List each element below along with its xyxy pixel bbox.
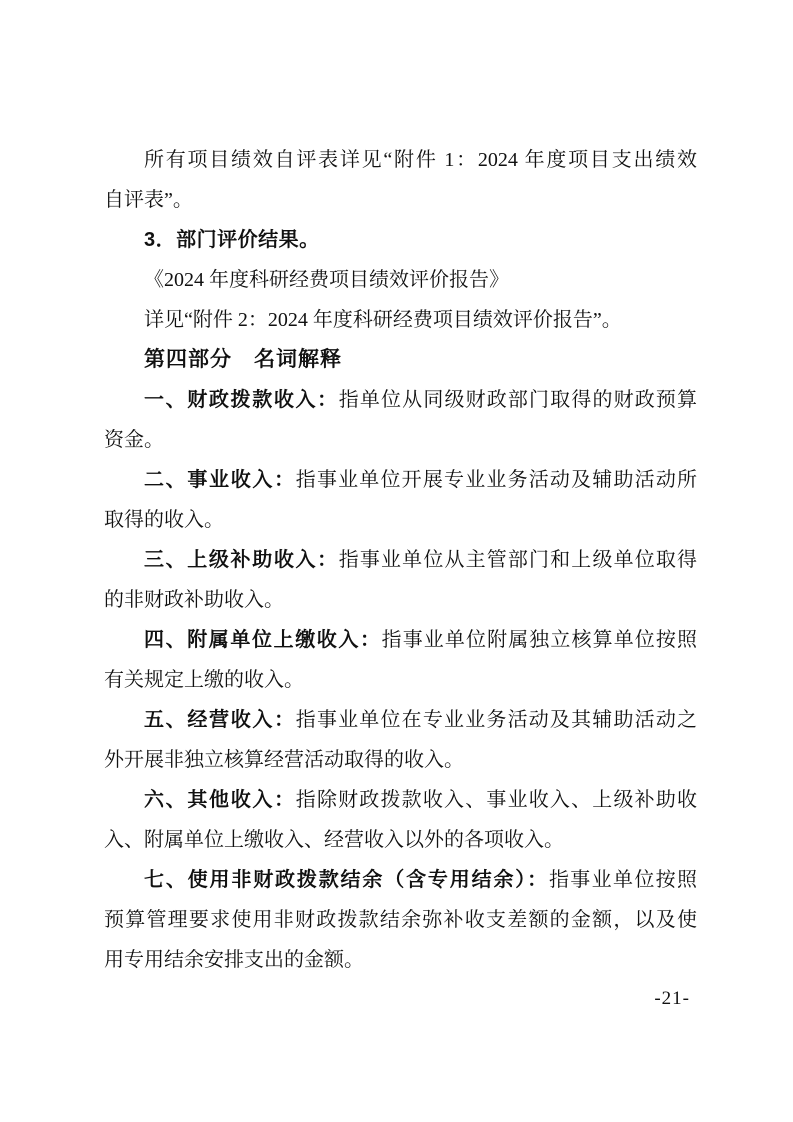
text-segment: 外开展非独立核算经营活动取得的收入。	[104, 749, 464, 771]
term-label: 二、事业收入：	[144, 469, 296, 491]
page-number: -21-	[654, 988, 690, 1010]
text-line: 五、经营收入：指事业单位在专业业务活动及其辅助活动之	[104, 700, 697, 740]
text-segment: 详见“附件 2：2024 年度科研经费项目绩效评价报告”。	[144, 309, 622, 331]
text-segment: 预算管理要求使用非财政拨款结余弥补收支差额的金额，以及使	[104, 909, 697, 931]
text-line: 的非财政补助收入。	[104, 580, 697, 620]
text-line: 用专用结余安排支出的金额。	[104, 940, 697, 980]
text-line: 三、上级补助收入：指事业单位从主管部门和上级单位取得	[104, 540, 697, 580]
text-line: 取得的收入。	[104, 500, 697, 540]
term-label: 六、其他收入：	[144, 789, 296, 811]
text-line: 一、财政拨款收入：指单位从同级财政部门取得的财政预算	[104, 380, 697, 420]
document-page: 所有项目绩效自评表详见“附件 1：2024 年度项目支出绩效自评表”。3．部门评…	[0, 0, 793, 1122]
text-line: 七、使用非财政拨款结余（含专用结余）：指事业单位按照	[104, 860, 697, 900]
section-heading: 第四部分 名词解释	[104, 340, 697, 380]
text-segment: 入、附属单位上缴收入、经营收入以外的各项收入。	[104, 829, 564, 851]
text-line: 预算管理要求使用非财政拨款结余弥补收支差额的金额，以及使	[104, 900, 697, 940]
text-line: 外开展非独立核算经营活动取得的收入。	[104, 740, 697, 780]
text-line: 四、附属单位上缴收入：指事业单位附属独立核算单位按照	[104, 620, 697, 660]
text-line: 自评表”。	[104, 180, 697, 220]
document-content: 所有项目绩效自评表详见“附件 1：2024 年度项目支出绩效自评表”。3．部门评…	[104, 140, 697, 980]
text-line: 所有项目绩效自评表详见“附件 1：2024 年度项目支出绩效	[104, 140, 697, 180]
text-line: 详见“附件 2：2024 年度科研经费项目绩效评价报告”。	[104, 300, 697, 340]
term-label: 第四部分 名词解释	[144, 348, 342, 371]
text-line: 有关规定上缴的收入。	[104, 660, 697, 700]
term-label: 七、使用非财政拨款结余（含专用结余）：	[144, 869, 549, 891]
text-line: 资金。	[104, 420, 697, 460]
text-segment: 指事业单位按照	[549, 869, 697, 891]
text-segment: 取得的收入。	[104, 509, 224, 531]
text-segment: 指事业单位开展专业业务活动及辅助活动所	[296, 469, 697, 491]
text-line: 二、事业收入：指事业单位开展专业业务活动及辅助活动所	[104, 460, 697, 500]
text-segment: 资金。	[104, 429, 164, 451]
text-segment: 指事业单位附属独立核算单位按照	[382, 629, 697, 651]
term-label: 一、财政拨款收入：	[144, 389, 339, 411]
text-segment: 所有项目绩效自评表详见“附件 1：2024 年度项目支出绩效	[144, 149, 697, 171]
text-segment: 的非财政补助收入。	[104, 589, 284, 611]
text-segment: 指单位从同级财政部门取得的财政预算	[339, 389, 697, 411]
term-label: 3．部门评价结果。	[144, 229, 320, 251]
text-segment: 指事业单位从主管部门和上级单位取得	[339, 549, 697, 571]
text-segment: 有关规定上缴的收入。	[104, 669, 304, 691]
text-line: 六、其他收入：指除财政拨款收入、事业收入、上级补助收	[104, 780, 697, 820]
text-segment: 指除财政拨款收入、事业收入、上级补助收	[296, 789, 697, 811]
text-line: 入、附属单位上缴收入、经营收入以外的各项收入。	[104, 820, 697, 860]
text-line: 《2024 年度科研经费项目绩效评价报告》	[104, 260, 697, 300]
text-segment: 用专用结余安排支出的金额。	[104, 949, 364, 971]
text-segment: 《2024 年度科研经费项目绩效评价报告》	[144, 269, 509, 291]
term-label: 四、附属单位上缴收入：	[144, 629, 382, 651]
text-line: 3．部门评价结果。	[104, 220, 697, 260]
text-segment: 指事业单位在专业业务活动及其辅助活动之	[296, 709, 697, 731]
term-label: 五、经营收入：	[144, 709, 296, 731]
text-segment: 自评表”。	[104, 189, 193, 211]
term-label: 三、上级补助收入：	[144, 549, 339, 571]
